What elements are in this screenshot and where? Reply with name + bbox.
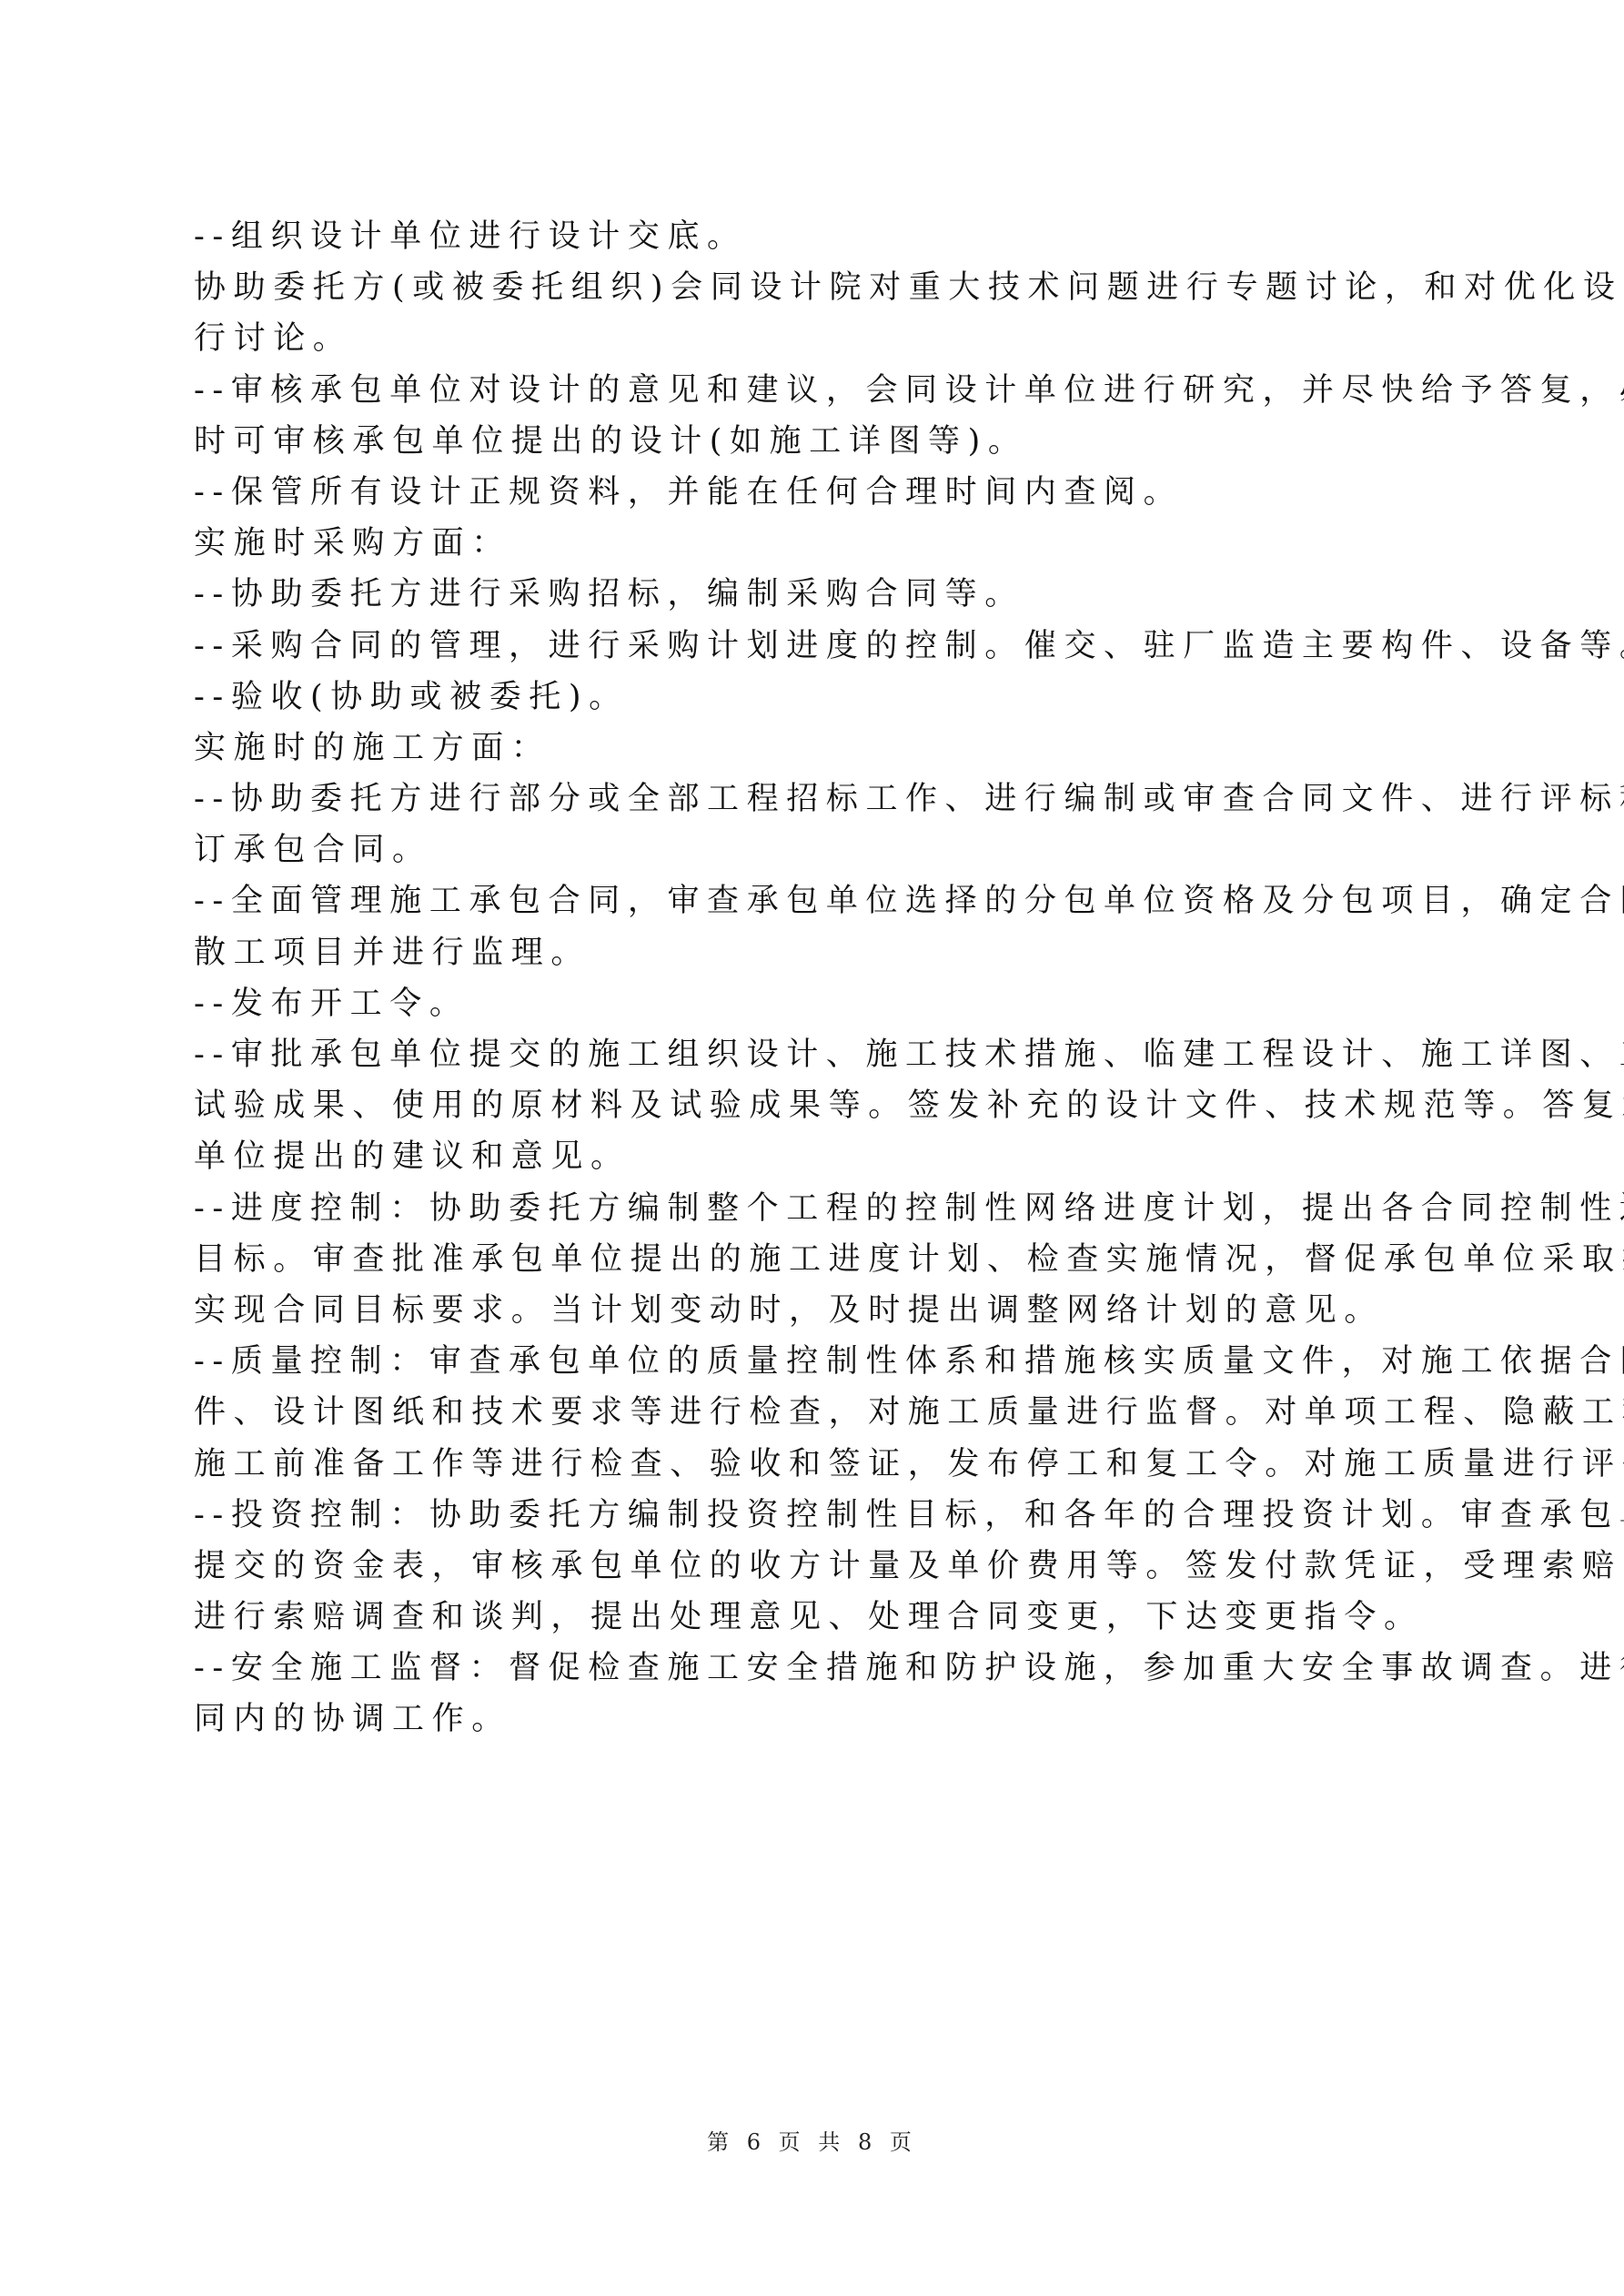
text-line: --全面管理施工承包合同，审查承包单位选择的分包单位资格及分包项目，确定合同外	[194, 875, 1433, 926]
text-line: --采购合同的管理，进行采购计划进度的控制。催交、驻厂监造主要构件、设备等。	[194, 621, 1433, 672]
text-line: 单位提出的建议和意见。	[194, 1131, 1433, 1182]
text-line: --审批承包单位提交的施工组织设计、施工技术措施、临建工程设计、施工详图、工艺	[194, 1029, 1433, 1080]
text-line: --保管所有设计正规资料，并能在任何合理时间内查阅。	[194, 467, 1433, 518]
text-line-quality-control: --质量控制：审查承包单位的质量控制性体系和措施核实质量文件，对施工依据合同文	[194, 1336, 1433, 1387]
text-line-schedule-control: --进度控制：协助委托方编制整个工程的控制性网络进度计划，提出各合同控制性进度	[194, 1183, 1433, 1234]
text-line: 进行索赔调查和谈判，提出处理意见、处理合同变更，下达变更指令。	[194, 1592, 1433, 1643]
text-line: --协助委托方进行部分或全部工程招标工作、进行编制或审查合同文件、进行评标和签	[194, 774, 1433, 824]
section-heading-procurement: 实施时采购方面：	[194, 518, 1433, 569]
text-line: --验收(协助或被委托)。	[194, 672, 1433, 723]
section-heading-construction: 实施时的施工方面：	[194, 723, 1433, 774]
text-line: 订承包合同。	[194, 824, 1433, 875]
document-page: --组织设计单位进行设计交底。 协助委托方(或被委托组织)会同设计院对重大技术问…	[0, 0, 1624, 2296]
text-line: --协助委托方进行采购招标，编制采购合同等。	[194, 569, 1433, 620]
text-line: 时可审核承包单位提出的设计(如施工详图等)。	[194, 416, 1433, 467]
text-line: 行讨论。	[194, 313, 1433, 364]
text-line: 散工项目并进行监理。	[194, 927, 1433, 978]
text-line: 件、设计图纸和技术要求等进行检查，对施工质量进行监督。对单项工程、隐蔽工程和	[194, 1387, 1433, 1438]
text-line-safety-supervision: --安全施工监督：督促检查施工安全措施和防护设施，参加重大安全事故调查。进行合	[194, 1643, 1433, 1694]
text-line-design-briefing: --组织设计单位进行设计交底。	[194, 211, 1433, 262]
text-line: 试验成果、使用的原材料及试验成果等。签发补充的设计文件、技术规范等。答复承包	[194, 1080, 1433, 1131]
text-line: --发布开工令。	[194, 978, 1433, 1029]
text-line: --审核承包单位对设计的意见和建议，会同设计单位进行研究，并尽快给予答复，必要	[194, 365, 1433, 416]
text-line: 提交的资金表，审核承包单位的收方计量及单价费用等。签发付款凭证，受理索赔申请，	[194, 1541, 1433, 1592]
document-body: --组织设计单位进行设计交底。 协助委托方(或被委托组织)会同设计院对重大技术问…	[194, 211, 1433, 1745]
text-line: 目标。审查批准承包单位提出的施工进度计划、检查实施情况，督促承包单位采取措施	[194, 1234, 1433, 1285]
page-number-footer: 第 6 页 共 8 页	[0, 2126, 1624, 2159]
text-line: 实现合同目标要求。当计划变动时，及时提出调整网络计划的意见。	[194, 1285, 1433, 1336]
text-line: 施工前准备工作等进行检查、验收和签证，发布停工和复工令。对施工质量进行评价。	[194, 1439, 1433, 1490]
text-line-investment-control: --投资控制：协助委托方编制投资控制性目标，和各年的合理投资计划。审查承包单位	[194, 1490, 1433, 1541]
text-line: 同内的协调工作。	[194, 1694, 1433, 1745]
text-line: 协助委托方(或被委托组织)会同设计院对重大技术问题进行专题讨论，和对优化设计进	[194, 262, 1433, 313]
